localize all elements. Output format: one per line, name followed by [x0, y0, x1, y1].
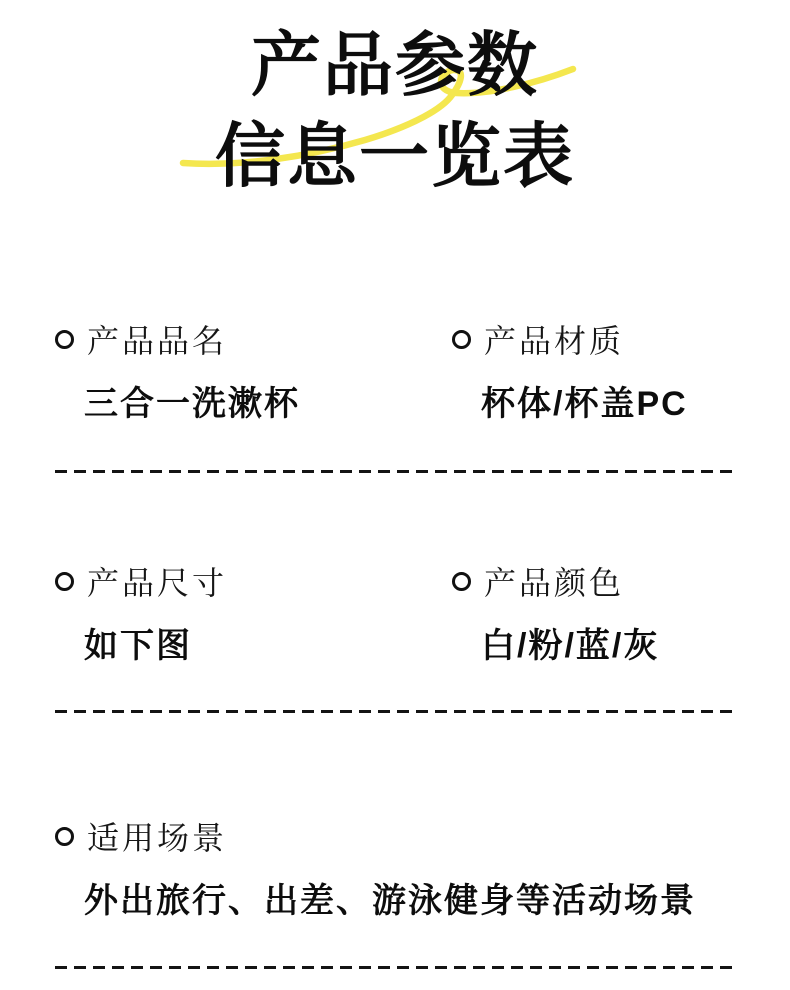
bullet-circle-icon [55, 827, 74, 846]
use-scenarios-value: 外出旅行、出差、游泳健身等活动场景 [84, 873, 696, 922]
bullet-circle-icon [452, 572, 471, 591]
product-color-label: 产品颜色 [484, 558, 624, 604]
section-label-row: 产品品名 [55, 316, 300, 362]
product-size-value: 如下图 [84, 618, 227, 667]
bullet-circle-icon [55, 330, 74, 349]
page-title-line1: 产品参数 [0, 20, 790, 111]
section-product-name: 产品品名 三合一洗漱杯 [55, 316, 300, 425]
section-label-row: 产品颜色 [452, 558, 659, 604]
product-material-label: 产品材质 [484, 316, 624, 362]
use-scenarios-label: 适用场景 [87, 813, 227, 859]
product-material-value: 杯体/杯盖PC [481, 376, 688, 425]
section-use-scenarios: 适用场景 外出旅行、出差、游泳健身等活动场景 [55, 813, 696, 922]
section-label-row: 产品材质 [452, 316, 688, 362]
page-title: 产品参数 信息一览表 [0, 20, 790, 202]
dashed-divider [55, 470, 737, 473]
bullet-circle-icon [452, 330, 471, 349]
dashed-divider [55, 710, 737, 713]
product-name-label: 产品品名 [87, 316, 227, 362]
product-size-label: 产品尺寸 [87, 558, 227, 604]
product-name-value: 三合一洗漱杯 [84, 376, 300, 425]
section-product-color: 产品颜色 白/粉/蓝/灰 [452, 558, 659, 667]
product-color-value: 白/粉/蓝/灰 [481, 618, 659, 667]
bullet-circle-icon [55, 572, 74, 591]
page-title-line2: 信息一览表 [0, 111, 790, 202]
section-label-row: 适用场景 [55, 813, 696, 859]
product-parameters-sheet: 产品参数 信息一览表 产品品名 三合一洗漱杯 产品材质 杯体/杯盖PC 产品尺寸… [0, 0, 790, 990]
dashed-divider [55, 966, 737, 969]
section-product-material: 产品材质 杯体/杯盖PC [452, 316, 688, 425]
section-product-size: 产品尺寸 如下图 [55, 558, 227, 667]
section-label-row: 产品尺寸 [55, 558, 227, 604]
